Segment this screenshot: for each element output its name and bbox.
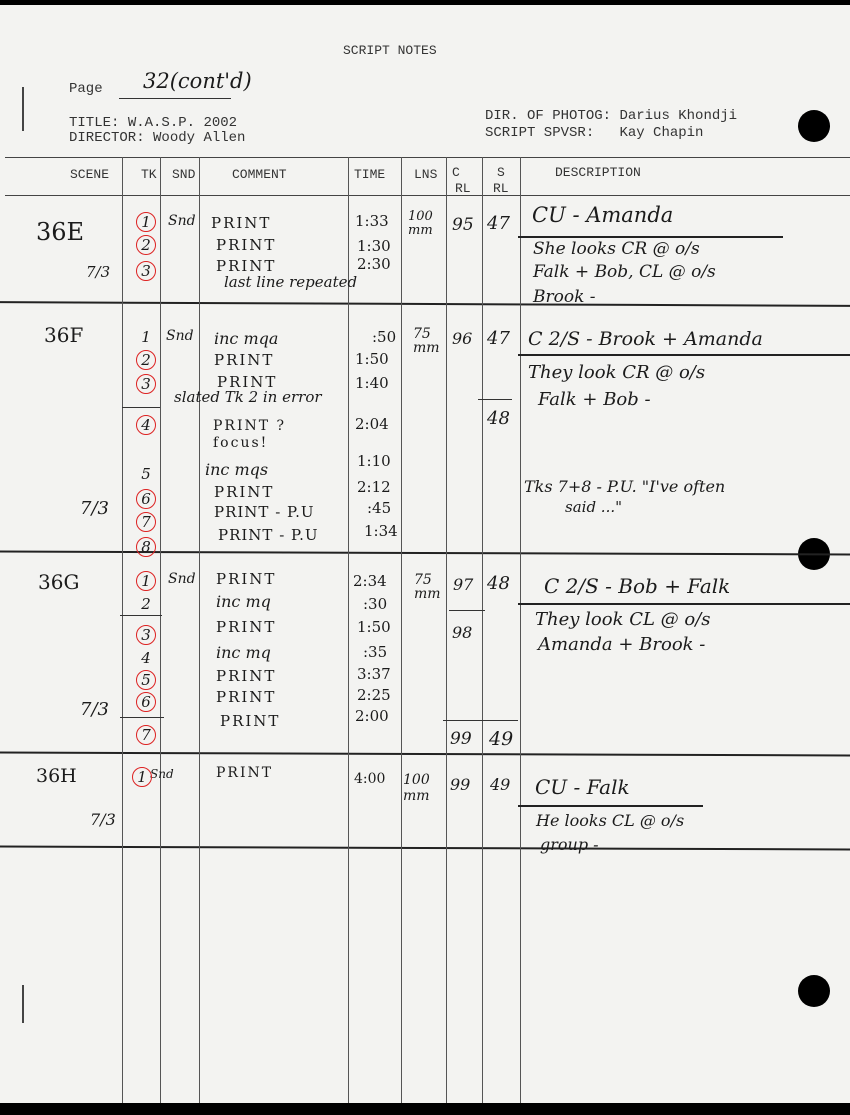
take-time: 1:10 [357, 452, 391, 470]
sound-marker: Snd [166, 328, 194, 344]
lens: 75 mm [413, 327, 439, 355]
description-title: C 2/S - Bob + Falk [544, 574, 730, 598]
page-label: Page [69, 81, 103, 97]
col-rule-srl [482, 157, 483, 1103]
col-rule-comment [199, 157, 200, 1103]
take-comment: PRINT [214, 351, 274, 369]
take-time: :50 [372, 328, 396, 346]
take-comment: PRINT [216, 236, 276, 254]
take-number: 3 [136, 625, 156, 645]
lens: 100 mm [403, 772, 431, 804]
camera-roll-divider [449, 610, 485, 611]
lens: 100 mm [408, 210, 438, 238]
camera-roll: 97 [453, 575, 473, 594]
punch-hole-bottom [798, 975, 830, 1007]
take-time: :45 [367, 499, 391, 517]
sound-roll: 47 [487, 328, 510, 349]
dop-label: DIR. OF PHOTOG: [485, 108, 611, 124]
description-title: C 2/S - Brook + Amanda [528, 328, 763, 350]
scene-number: 36E [36, 218, 84, 246]
take-time: 1:40 [355, 374, 389, 392]
sound-roll: 49 [489, 728, 513, 750]
row-divider-36h [0, 846, 850, 850]
take-number: 8 [136, 537, 156, 557]
take-time: 1:50 [357, 618, 391, 636]
take-time: 1:34 [364, 522, 398, 540]
take-number: 4 [136, 648, 156, 668]
take-comment: PRINT [216, 570, 276, 588]
take-comment: PRINT [216, 688, 276, 706]
take-number: 4 [136, 415, 156, 435]
scene-number: 36G [38, 570, 79, 594]
roll-divider [443, 720, 518, 721]
take-time: 2:12 [357, 478, 391, 496]
take-time: 2:30 [357, 255, 391, 273]
lens: 75 mm [414, 573, 440, 601]
take-time: 2:25 [357, 686, 391, 704]
title-value: W.A.S.P. 2002 [128, 115, 237, 131]
description-line: He looks CL @ o/s [536, 811, 684, 830]
col-header-comment: COMMENT [232, 167, 287, 182]
dop-value: Darius Khondji [619, 108, 737, 124]
page-underline [119, 98, 231, 99]
sound-roll: 49 [490, 775, 510, 794]
take-time: :30 [363, 595, 387, 613]
take-comment: PRINT - P.U [218, 526, 319, 544]
margin-mark-top [22, 87, 24, 131]
col-rule-time [348, 157, 349, 1103]
sound-roll-divider [478, 399, 512, 400]
col-header-time: TIME [354, 167, 385, 182]
col-rule-description [520, 157, 521, 1103]
script-notes-page: SCRIPT NOTES Page 32(cont'd) TITLE: W.A.… [0, 5, 850, 1103]
take-number: 5 [136, 670, 156, 690]
description-line: Amanda + Brook - [538, 634, 705, 655]
punch-hole-top [798, 110, 830, 142]
col-header-tk: TK [141, 167, 157, 182]
take-number: 6 [136, 692, 156, 712]
col-rule-snd [160, 157, 161, 1103]
description-title-underline [518, 354, 850, 356]
camera-roll: 99 [450, 729, 472, 749]
take-time: 2:00 [355, 707, 389, 725]
row-divider-36e [0, 301, 850, 306]
col-rule-crl [446, 157, 447, 1103]
take-note: last line repeated [224, 273, 357, 291]
description-line: They look CR @ o/s [528, 362, 705, 383]
col-rule-lns [401, 157, 402, 1103]
description-line: Falk + Bob, CL @ o/s [533, 262, 716, 282]
camera-roll: 99 [450, 775, 470, 794]
director-field: DIRECTOR: Woody Allen [69, 130, 245, 146]
take-number: 6 [136, 489, 156, 509]
header-bottom-rule [5, 195, 850, 196]
dop-field: DIR. OF PHOTOG: Darius Khondji [485, 108, 737, 124]
description-line: She looks CR @ o/s [533, 239, 700, 259]
sound-roll: 48 [487, 573, 510, 594]
take-time: 2:04 [355, 415, 389, 433]
description-title: CU - Amanda [532, 203, 673, 227]
camera-roll: 98 [452, 623, 472, 642]
description-line: Brook - [533, 287, 596, 307]
description-title-underline [518, 236, 783, 238]
description-line: They look CL @ o/s [535, 609, 711, 630]
sound-marker: Snd [168, 213, 196, 229]
take-number: 3 [136, 261, 156, 281]
form-title: SCRIPT NOTES [343, 43, 437, 58]
director-label: DIRECTOR: [69, 130, 145, 146]
take-number: 3 [136, 374, 156, 394]
take-number: 1 [136, 571, 156, 591]
take-note: slated Tk 2 in error [174, 388, 322, 406]
director-value: Woody Allen [153, 130, 245, 146]
camera-roll: 95 [452, 215, 474, 235]
description-line: group - [540, 835, 599, 854]
table-top-rule [5, 157, 850, 158]
take-number: 5 [136, 464, 156, 484]
description-note: Tks 7+8 - P.U. "I've often [524, 477, 725, 496]
take-time: 3:37 [357, 665, 391, 683]
take-number: 2 [136, 350, 156, 370]
take-comment: inc mqa [214, 329, 278, 348]
take-comment: inc mq [216, 643, 271, 662]
description-note: said ..." [565, 498, 622, 516]
take-comment: PRINT ? focus! [213, 418, 293, 452]
take-comment: inc mqs [205, 460, 268, 479]
col-header-snd: SND [172, 167, 195, 182]
page-number: 32(cont'd) [143, 69, 252, 93]
col-header-crl-top: C [452, 165, 460, 180]
take-divider [122, 407, 160, 408]
take-comment: PRINT [216, 618, 276, 636]
col-header-scene: SCENE [70, 167, 109, 182]
description-title-underline [518, 603, 850, 605]
take-number: 2 [136, 235, 156, 255]
take-comment: PRINT [211, 214, 271, 232]
col-header-srl-top: S [497, 165, 505, 180]
supervisor-value: Kay Chapin [619, 125, 703, 141]
supervisor-label: SCRIPT SPVSR: [485, 125, 594, 141]
scene-number: 36F [44, 323, 83, 347]
take-number: 1 [136, 327, 156, 347]
col-header-srl-bottom: RL [493, 181, 509, 196]
take-time: 1:50 [355, 350, 389, 368]
margin-mark-bottom [22, 985, 24, 1023]
sound-marker: Snd [168, 571, 196, 587]
scene-number: 36H [36, 765, 77, 787]
take-time: 4:00 [354, 771, 385, 787]
take-time: 1:33 [355, 212, 389, 230]
row-divider-36f [0, 551, 850, 555]
col-header-description: DESCRIPTION [555, 165, 641, 180]
description-title-underline [518, 805, 703, 807]
take-comment: PRINT [220, 712, 280, 730]
take-time: 1:30 [357, 237, 391, 255]
scene-date: 7/3 [90, 810, 116, 829]
take-time: 2:34 [353, 572, 387, 590]
take-comment: inc mq [216, 592, 271, 611]
col-header-lns: LNS [414, 167, 437, 182]
take-comment: PRINT [216, 667, 276, 685]
sound-roll: 48 [487, 408, 510, 429]
sound-roll: 47 [487, 213, 510, 234]
take-number: 7 [136, 512, 156, 532]
scene-date: 7/3 [80, 699, 109, 720]
description-title: CU - Falk [535, 775, 630, 799]
row-divider-36g [0, 752, 850, 756]
take-divider [120, 717, 164, 718]
take-time: :35 [363, 643, 387, 661]
take-number: 2 [136, 594, 156, 614]
take-comment: PRINT [216, 765, 273, 781]
take-divider [120, 615, 162, 616]
take-number: 1 [132, 767, 152, 787]
col-rule-tk [122, 157, 123, 1103]
supervisor-field: SCRIPT SPVSR: Kay Chapin [485, 125, 703, 141]
take-number: 7 [136, 725, 156, 745]
title-label: TITLE: [69, 115, 119, 131]
description-line: Falk + Bob - [538, 389, 651, 410]
col-header-crl-bottom: RL [455, 181, 471, 196]
title-field: TITLE: W.A.S.P. 2002 [69, 115, 237, 131]
scene-date: 7/3 [86, 263, 110, 281]
take-comment: PRINT [214, 483, 274, 501]
scene-date: 7/3 [80, 498, 109, 519]
sound-marker: Snd [150, 767, 174, 781]
take-comment: PRINT - P.U [214, 503, 315, 521]
take-number: 1 [136, 212, 156, 232]
camera-roll: 96 [452, 329, 472, 348]
